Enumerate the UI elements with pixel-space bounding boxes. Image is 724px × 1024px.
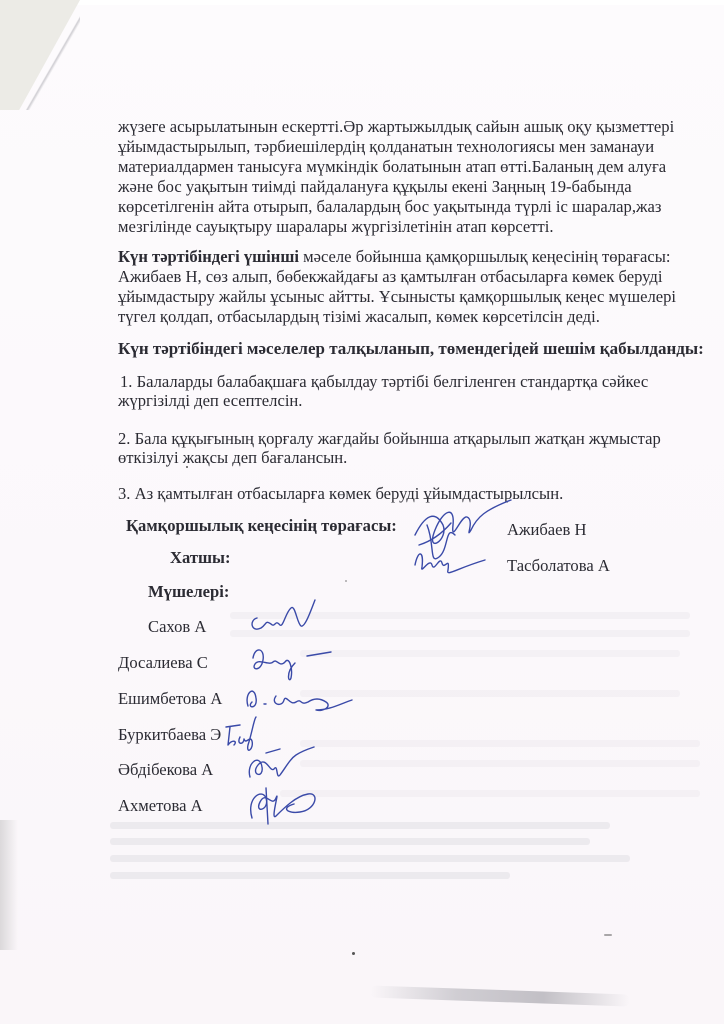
decision-line: 3. Аз қамтылған отбасыларға көмек беруді… [118,484,563,504]
member-name: Әбдібекова А [118,760,213,780]
paragraph-line: түгел қолдап, отбасылардың тізімі жасалы… [118,307,600,327]
member-name: Ешимбетова А [118,689,222,709]
members-label: Мүшелері: [148,582,229,602]
member-signature-icon [245,638,345,683]
folded-corner [0,0,80,110]
paragraph-line: және бос уақытын тиімді пайдалануға құқы… [118,177,632,197]
member-signature-icon [236,778,326,828]
scan-edge-shadow [0,820,18,950]
paragraph-text: мәселе бойынша қамқоршылық кеңесінің төр… [299,247,671,266]
paragraph-line: Күн тәртібіндегі үшінші мәселе бойынша қ… [118,247,670,267]
member-signature-icon [222,715,262,755]
decision-line: өткізілуі жақсы деп бағалансын. [118,448,347,468]
member-name: Буркитбаева Э [118,725,221,745]
paragraph-line: материалдармен танысуға мүмкіндік болаты… [118,157,666,177]
secretary-signature-icon [410,545,500,580]
decision-line: жүргізілді деп есептелсін. [118,391,302,411]
paragraph-line: ұйымдастырылып, тәрбиешілердің қолданаты… [118,137,654,157]
paragraph-line: ұйымдастыру жайлы ұсыныс айтты. Ұсынысты… [118,287,676,307]
paragraph-line: мезгілінде сауықтыру шаралары жүргізілет… [118,217,554,237]
decision-line: 1. Балаларды балабақшаға қабылдау тәртіб… [120,372,648,392]
decision-line: 2. Бала құқығының қорғалу жағдайы бойынш… [118,429,661,449]
secretary-name: Тасболатова А [507,556,610,576]
agenda-item-lead: Күн тәртібіндегі үшінші [118,247,299,266]
chair-name: Ажибаев Н [507,520,586,540]
decision-heading: Күн тәртібіндегі мәселелер талқыланып, т… [118,339,704,359]
member-name: Сахов А [148,617,206,637]
scanned-page: жүзеге асырылатынын ескертті.Әр жартыжыл… [0,0,724,1024]
paragraph-line: Ажибаев Н, сөз алып, бөбекжайдағы аз қам… [118,267,662,287]
paragraph-line: жүзеге асырылатынын ескертті.Әр жартыжыл… [118,117,674,137]
member-name: Досалиева С [118,653,208,673]
paragraph-line: көрсетілгенін айта отырып, балалардың бо… [118,197,661,217]
chair-signature-icon [405,495,515,585]
scan-top-border [0,0,724,5]
secretary-label: Хатшы: [170,548,231,568]
chair-label: Қамқоршылық кеңесінің төрағасы: [126,516,397,536]
member-name: Ахметова А [118,796,203,816]
member-signature-icon [240,745,320,790]
